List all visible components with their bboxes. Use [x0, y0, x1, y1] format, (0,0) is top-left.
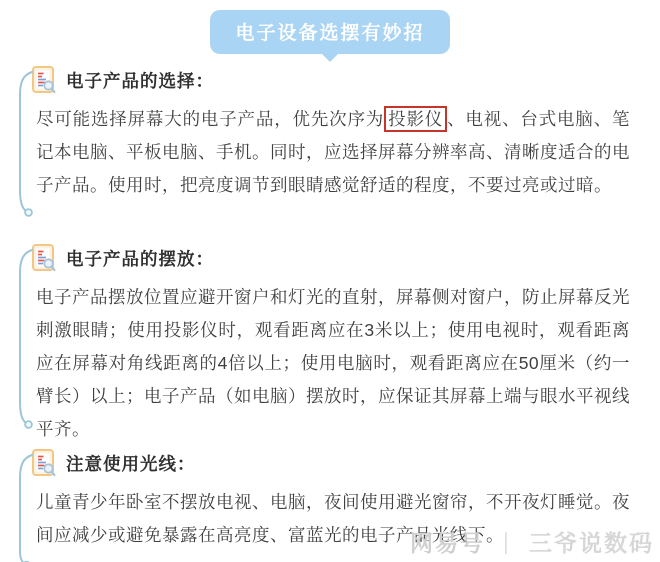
section-product-placement: 电子产品的摆放： 电子产品摆放位置应避开窗户和灯光的直射，屏幕侧对窗户，防止屏幕… [0, 242, 660, 446]
paragraph-text: 电子产品摆放位置应避开窗户和灯光的直射，屏幕侧对窗户，防止屏幕反光刺激眼睛；使用… [36, 287, 630, 439]
section-heading: 电子产品的摆放： [66, 246, 214, 271]
left-bracket-decoration [11, 453, 35, 562]
title-badge: 电子设备选摆有妙招 [210, 10, 449, 54]
section-product-selection: 电子产品的选择： 尽可能选择屏幕大的电子产品，优先次序为投影仪、电视、台式电脑、… [0, 64, 660, 202]
section-heading: 注意使用光线： [66, 451, 196, 476]
badge-container: 电子设备选摆有妙招 [0, 10, 660, 54]
left-bracket-decoration [11, 70, 35, 218]
left-bracket-decoration [11, 248, 35, 430]
highlighted-term-box: 投影仪 [384, 106, 447, 132]
watermark: 网易号 丨 三爷说数码 [410, 524, 654, 559]
section-paragraph: 尽可能选择屏幕大的电子产品，优先次序为投影仪、电视、台式电脑、笔记本电脑、平板电… [36, 103, 630, 202]
article-image: 电子设备选摆有妙招 电子产品的选择： 尽可能选择屏幕大的电子产品，优先次序为投 [0, 0, 660, 562]
section-heading: 电子产品的选择： [66, 68, 214, 93]
section-paragraph: 电子产品摆放位置应避开窗户和灯光的直射，屏幕侧对窗户，防止屏幕反光刺激眼睛；使用… [36, 281, 630, 446]
section-header: 注意使用光线： [0, 447, 660, 479]
watermark-account-name: 三爷说数码 [529, 525, 654, 558]
watermark-platform-name: 网易号 [410, 525, 485, 558]
paragraph-text: 尽可能选择屏幕大的电子产品，优先次序为 [36, 109, 384, 129]
badge-tail-pointer [321, 53, 339, 62]
section-header: 电子产品的选择： [0, 64, 660, 96]
section-header: 电子产品的摆放： [0, 242, 660, 274]
page-title: 电子设备选摆有妙招 [235, 23, 424, 44]
watermark-separator: 丨 [494, 524, 520, 559]
